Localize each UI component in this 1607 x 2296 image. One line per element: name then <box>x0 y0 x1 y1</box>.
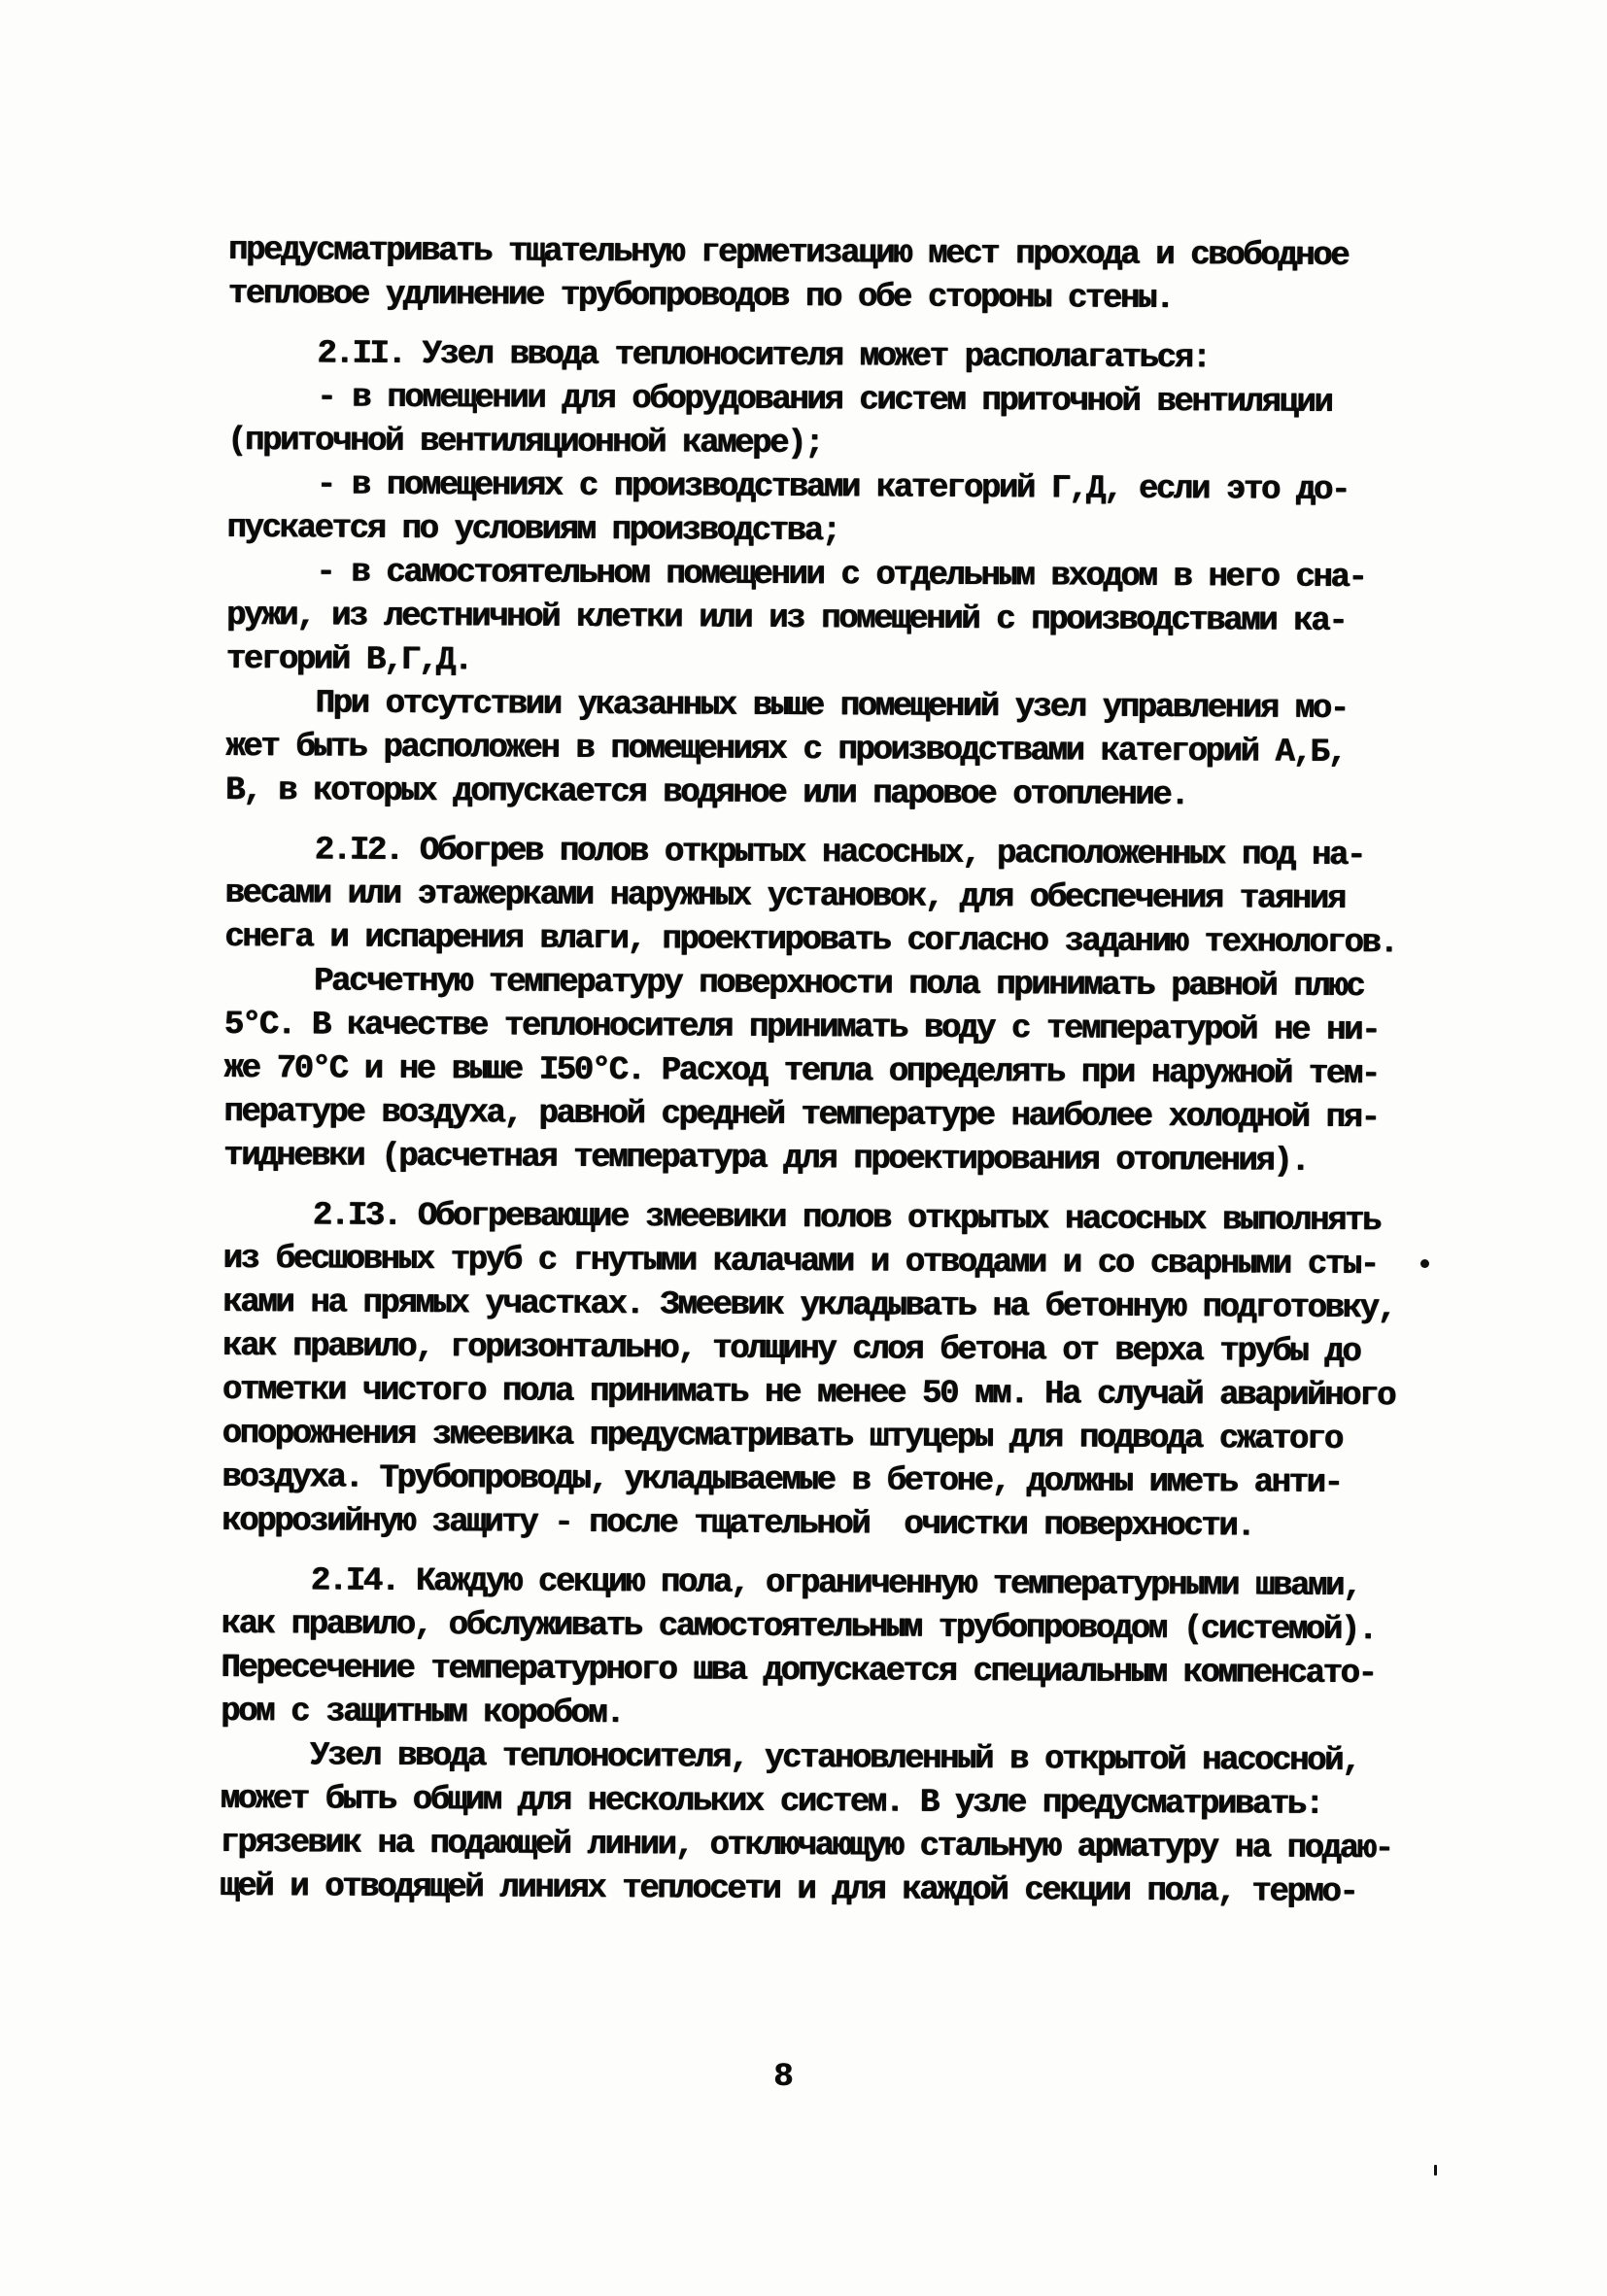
text-line: тепловое удлинение трубопроводов по обе … <box>228 276 1173 318</box>
paragraph-section-2-13: 2.I3. Обогревающие змеевики полов открыт… <box>222 1194 1477 1551</box>
text-line: воздуха. Трубопроводы, укладываемые в бе… <box>222 1459 1341 1502</box>
paragraph-list-item: - в помещениях с производствами категори… <box>226 463 1480 558</box>
text-line: 2.I4. Каждую секцию пола, ограниченную т… <box>222 1562 1360 1605</box>
paragraph-section-2-12: 2.I2. Обогрев полов открытых насосных, р… <box>224 829 1479 967</box>
text-line: грязевик на подающей линии, отключающую … <box>220 1825 1391 1868</box>
text-line: щей и отводящей линиях теплосети и для к… <box>220 1868 1356 1911</box>
text-line: тегорий В,Г,Д. <box>226 641 471 679</box>
text-line: опорожнения змеевика предусматривать шту… <box>222 1416 1341 1458</box>
text-line: 5°С. В качестве теплоносителя принимать … <box>224 1007 1379 1049</box>
scan-speck <box>1434 2165 1437 2176</box>
scan-speck <box>1420 1259 1429 1268</box>
text-line: ками на прямых участках. Змеевик укладыв… <box>222 1285 1394 1327</box>
text-line: пературе воздуха, равной средней темпера… <box>223 1094 1378 1137</box>
text-line: - в помещениях с производствами категори… <box>227 466 1349 509</box>
text-line: пускается по условиям производства; <box>226 510 838 550</box>
text-line: может быть общим для нескольких систем. … <box>220 1781 1321 1824</box>
text-line: снега и испарения влаги, проектировать с… <box>224 919 1396 962</box>
text-line: жет быть расположен в помещениях с произ… <box>225 729 1345 771</box>
paragraph: Расчетную температуру поверхности пола п… <box>223 960 1478 1185</box>
text-line: - в самостоятельном помещении с отдельны… <box>226 554 1365 597</box>
page-number: 8 <box>773 2058 793 2097</box>
text-line: коррозийную защиту - после тщательной оч… <box>222 1503 1253 1546</box>
text-line: весами или этажерками наружных установок… <box>224 875 1344 918</box>
paragraph: предусматривать тщательную герметизацию … <box>228 229 1482 324</box>
paragraph: Узел ввода теплоносителя, установленный … <box>220 1734 1474 1916</box>
paragraph-list-item: - в самостоятельном помещении с отдельны… <box>226 551 1481 689</box>
text-line: При отсутствии указанных выше помещений … <box>225 685 1347 728</box>
text-line: Узел ввода теплоносителя, установленный … <box>221 1737 1359 1780</box>
text-line: 2.I2. Обогрев полов открытых насосных, р… <box>225 832 1364 874</box>
paragraph: При отсутствии указанных выше помещений … <box>225 682 1480 820</box>
text-line: 2.I3. Обогревающие змеевики полов открыт… <box>223 1197 1380 1240</box>
text-line: ружи, из лестничной клетки или из помеще… <box>226 598 1346 640</box>
text-line: же 70°С и не выше I50°С. Расход тепла оп… <box>223 1050 1378 1093</box>
text-line: Пересечение температурного шва допускает… <box>221 1650 1375 1693</box>
text-line: из бесшовных труб с гнутыми калачами и о… <box>222 1241 1377 1284</box>
text-line: тидневки (расчетная температура для прое… <box>223 1138 1308 1181</box>
text-line: отметки чистого пола принимать не менее … <box>222 1372 1394 1415</box>
text-line: (приточной вентиляционной камере); <box>227 423 822 463</box>
text-line: ром с защитным коробом. <box>221 1694 623 1732</box>
paragraph-section-2-11: 2.II. Узел ввода теплоносителя может рас… <box>227 332 1481 383</box>
text-line: - в помещении для оборудования систем пр… <box>227 379 1331 422</box>
text-line: Расчетную температуру поверхности пола п… <box>224 963 1363 1006</box>
document-text: предусматривать тщательную герметизацию … <box>220 229 1482 1916</box>
text-line: 2.II. Узел ввода теплоносителя может рас… <box>227 335 1209 377</box>
text-line: как правило, обслуживать самостоятельным… <box>221 1606 1375 1649</box>
paragraph-section-2-14: 2.I4. Каждую секцию пола, ограниченную т… <box>221 1559 1475 1741</box>
text-line: В, в которых допускается водяное или пар… <box>225 772 1187 814</box>
scanned-document-page: предусматривать тщательную герметизацию … <box>0 0 1607 2296</box>
text-line: предусматривать тщательную герметизацию … <box>228 232 1348 275</box>
text-line: как правило, горизонтально, толщину слоя… <box>222 1328 1359 1371</box>
paragraph-list-item: - в помещении для оборудования систем пр… <box>227 376 1481 470</box>
